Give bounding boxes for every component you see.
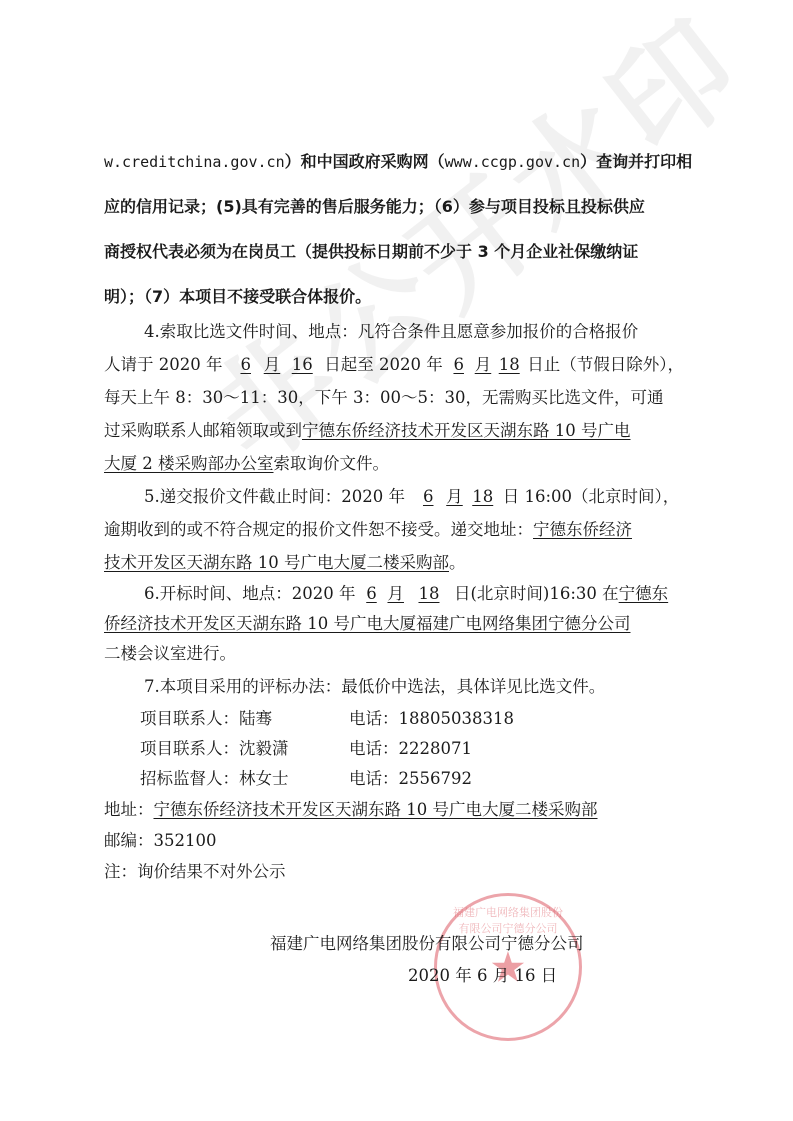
day-field: 18 [463,487,503,507]
text: 6.开标时间、地点：2020 年 [144,584,355,603]
text: 过采购联系人邮箱领取或到 [104,421,302,440]
opening-address-cont: 侨经济技术开发区天湖东路 10 号广电大厦福建广电网络集团宁德分公司 [104,614,631,633]
ccgp-url: www.ccgp.gov.cn [445,153,580,171]
section4-line-3: 每天上午 8：30～11：30，下午 3：00～5：30，无需购买比选文件，可通 [104,388,663,408]
text: 5.递交报价文件截止时间：2020 年 [144,487,410,506]
address-label: 地址： [104,800,154,819]
pickup-address: 宁德东侨经济技术开发区天湖东路 10 号广电 [302,421,631,440]
section7-line-1: 7.本项目采用的评标办法：最低价中选法，具体详见比选文件。 [144,677,605,697]
note-line: 注：询价结果不对外公示 [104,862,286,882]
postcode-line: 邮编：352100 [104,831,217,851]
requirements-line-1: w.creditchina.gov.cn）和中国政府采购网（www.ccgp.g… [104,152,692,172]
watermark: 非公开水印 [170,15,734,517]
month-field: 6 [443,355,475,375]
document-page: 非公开水印 w.creditchina.gov.cn）和中国政府采购网（www.… [0,0,793,1121]
text: 月 [264,355,281,374]
day-field: 18 [404,584,454,604]
text: 。 [449,553,466,572]
day-field: 16 [280,355,324,375]
signature-company: 福建广电网络集团股份有限公司宁德分公司 [270,930,584,954]
text: 月 [446,487,463,506]
signature-date: 2020 年 6 月 16 日 [408,962,557,986]
text: 月 [475,355,492,374]
text: 逾期收到的或不符合规定的报价文件恕不接受。递交地址： [104,520,533,539]
text: 月 [387,584,404,603]
text: 日止（节假日除外）， [527,355,684,374]
month-field: 6 [410,487,446,507]
submit-address: 宁德东侨经济 [533,520,632,539]
requirements-line-3: 商授权代表必须为在岗员工（提供投标日期前不少于 3 个月企业社保缴纳证 [104,242,638,262]
text: ）查询并打印相 [580,152,692,171]
text: 日起至 2020 年 [324,355,442,374]
contact-row: 招标监督人：林女士 电话：2556792 [0,769,793,789]
text: 人请于 2020 年 [104,355,228,374]
section6-line-1: 6.开标时间、地点：2020 年6月18日(北京时间)16:30 在宁德东 [144,584,668,604]
month-field: 6 [355,584,387,604]
section4-line-1: 4.索取比选文件时间、地点：凡符合条件且愿意参加报价的合格报价 [144,322,638,342]
text: 日 16:00（北京时间）， [503,487,680,506]
section6-line-3: 二楼会议室进行。 [104,644,236,664]
contact-row: 项目联系人：沈毅潇 电话：2228071 [0,739,793,759]
contact-name: 招标监督人：林女士 [140,769,289,789]
section4-line-5: 大厦 2 楼采购部办公室索取询价文件。 [104,454,389,474]
text: 索取询价文件。 [274,454,390,473]
contact-phone: 电话：18805038318 [349,709,514,729]
address-line: 地址：宁德东侨经济技术开发区天湖东路 10 号广电大厦二楼采购部 [104,800,598,820]
contact-row: 项目联系人：陆骞 电话：18805038318 [0,709,793,729]
section5-line-1: 5.递交报价文件截止时间：2020 年 6月18日 16:00（北京时间）， [144,487,679,507]
section4-line-4: 过采购联系人邮箱领取或到宁德东侨经济技术开发区天湖东路 10 号广电 [104,421,631,441]
contact-name: 项目联系人：沈毅潇 [140,739,289,759]
section5-line-2: 逾期收到的或不符合规定的报价文件恕不接受。递交地址：宁德东侨经济 [104,520,632,540]
contact-phone: 电话：2556792 [349,769,472,789]
day-field: 18 [491,355,527,375]
section6-line-2: 侨经济技术开发区天湖东路 10 号广电大厦福建广电网络集团宁德分公司 [104,614,631,634]
month-field: 6 [228,355,264,375]
contact-phone: 电话：2228071 [349,739,472,759]
section5-line-3: 技术开发区天湖东路 10 号广电大厦二楼采购部。 [104,553,466,573]
requirements-line-4: 明）；（7）本项目不接受联合体报价。 [104,287,371,307]
section4-line-2: 人请于 2020 年 6月16日起至 2020 年6月18日止（节假日除外）， [104,355,684,375]
pickup-address-cont: 大厦 2 楼采购部办公室 [104,454,274,473]
opening-address: 宁德东 [619,584,669,603]
submit-address-cont: 技术开发区天湖东路 10 号广电大厦二楼采购部 [104,553,449,572]
requirements-line-2: 应的信用记录；(5)具有完善的售后服务能力；（6）参与项目投标且投标供应 [104,197,645,217]
text: 日(北京时间)16:30 在 [454,584,619,603]
address-value: 宁德东侨经济技术开发区天湖东路 10 号广电大厦二楼采购部 [154,800,598,819]
text: ）和中国政府采购网（ [285,152,445,171]
creditchina-url: w.creditchina.gov.cn [104,153,285,171]
contact-name: 项目联系人：陆骞 [140,709,272,729]
